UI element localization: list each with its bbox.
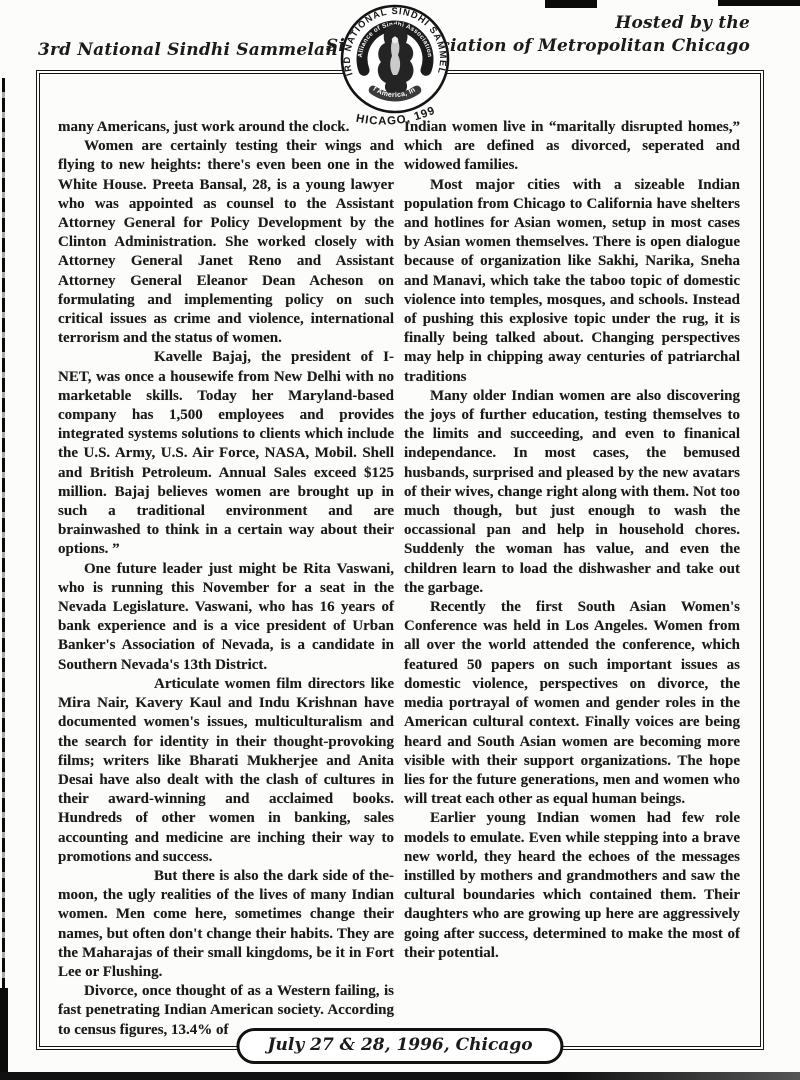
seal-logo-icon: THIRD NATIONAL SINDHI SAMMELAN Alliance … (318, 2, 472, 134)
left-column: many Americans, just work around the clo… (58, 118, 394, 1040)
paragraph: But there is also the dark side of the-m… (58, 867, 394, 982)
paragraph: Recently the first South Asian Women's C… (404, 598, 740, 809)
paragraph: Earlier young Indian women had few role … (404, 809, 740, 963)
paragraph: Kavelle Bajaj, the president of I-NET, w… (58, 348, 394, 559)
paragraph: Articulate women film directors like Mir… (58, 675, 394, 867)
scan-artifact-bottom-left-bar (0, 988, 8, 1080)
right-column: Indian women live in “maritally disrupte… (404, 118, 740, 1040)
scan-artifact-left-edge (2, 78, 5, 1080)
paragraph: Women are certainly testing their wings … (58, 137, 394, 348)
scanned-document-page: { "header": { "left_title": "3rd Nationa… (0, 0, 800, 1080)
sammelan-seal-logo: THIRD NATIONAL SINDHI SAMMELAN Alliance … (318, 2, 472, 134)
footer-date-badge: July 27 & 28, 1996, Chicago (236, 1028, 563, 1064)
paragraph: Many older Indian women are also discove… (404, 387, 740, 598)
scan-artifact-bottom-band (0, 1072, 800, 1080)
scan-artifact-top-left (545, 0, 597, 8)
scan-artifact-top-right (718, 0, 800, 6)
paragraph: One future leader just might be Rita Vas… (58, 560, 394, 675)
header-title-left: 3rd National Sindhi Sammelan (38, 40, 338, 60)
article-body: many Americans, just work around the clo… (58, 118, 740, 1040)
paragraph: Most major cities with a sizeable Indian… (404, 176, 740, 387)
